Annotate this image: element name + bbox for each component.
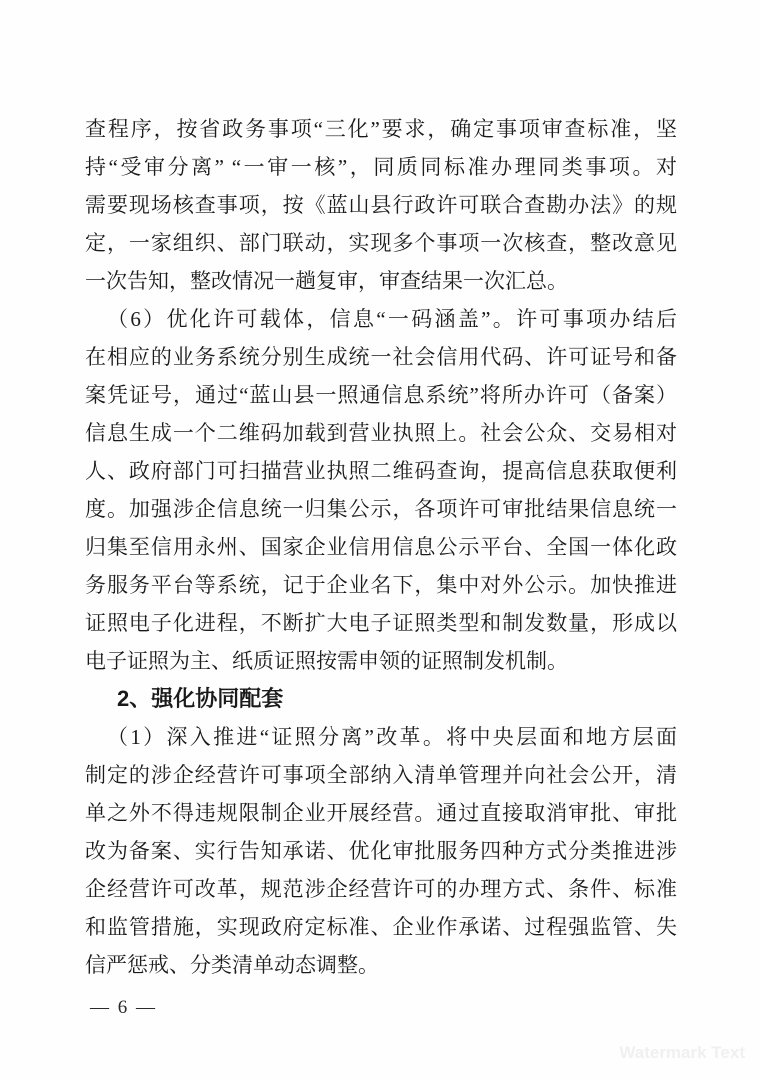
text-line: 持“受审分离” “一审一核”，同质同标准办理同类事项。对 bbox=[85, 148, 677, 186]
watermark: Watermark Text bbox=[619, 1043, 745, 1063]
text-line: 查程序，按省政务事项“三化”要求，确定事项审查标准，坚 bbox=[85, 110, 677, 148]
text-block: 查程序，按省政务事项“三化”要求，确定事项审查标准，坚持“受审分离” “一审一核… bbox=[85, 110, 677, 984]
text-line: 证照电子化进程，不断扩大电子证照类型和制发数量，形成以 bbox=[85, 604, 677, 642]
text-line: 案凭证号，通过“蓝山县一照通信息系统”将所办许可（备案） bbox=[85, 376, 677, 414]
text-line: 企经营许可改革，规范涉企经营许可的办理方式、条件、标准 bbox=[85, 870, 677, 908]
text-line: 信严惩戒、分类清单动态调整。 bbox=[85, 946, 677, 984]
text-line: 度。加强涉企信息统一归集公示，各项许可审批结果信息统一 bbox=[85, 490, 677, 528]
text-line: 一次告知，整改情况一趟复审，审查结果一次汇总。 bbox=[85, 262, 677, 300]
text-line: （6）优化许可载体，信息“一码涵盖”。许可事项办结后 bbox=[85, 300, 677, 338]
text-line: 和监管措施，实现政府定标准、企业作承诺、过程强监管、失 bbox=[85, 908, 677, 946]
text-line: 定，一家组织、部门联动，实现多个事项一次核查，整改意见 bbox=[85, 224, 677, 262]
section-heading: 2、强化协同配套 bbox=[85, 680, 677, 718]
text-line: 人、政府部门可扫描营业执照二维码查询，提高信息获取便利 bbox=[85, 452, 677, 490]
page-number: — 6 — bbox=[90, 997, 157, 1019]
text-line: 在相应的业务系统分别生成统一社会信用代码、许可证号和备 bbox=[85, 338, 677, 376]
text-line: 单之外不得违规限制企业开展经营。通过直接取消审批、审批 bbox=[85, 794, 677, 832]
text-line: 制定的涉企经营许可事项全部纳入清单管理并向社会公开，清 bbox=[85, 756, 677, 794]
text-line: （1）深入推进“证照分离”改革。将中央层面和地方层面 bbox=[85, 718, 677, 756]
text-line: 改为备案、实行告知承诺、优化审批服务四种方式分类推进涉 bbox=[85, 832, 677, 870]
text-line: 需要现场核查事项，按《蓝山县行政许可联合查勘办法》的规 bbox=[85, 186, 677, 224]
text-line: 电子证照为主、纸质证照按需申领的证照制发机制。 bbox=[85, 642, 677, 680]
text-line: 信息生成一个二维码加载到营业执照上。社会公众、交易相对 bbox=[85, 414, 677, 452]
text-line: 归集至信用永州、国家企业信用信息公示平台、全国一体化政 bbox=[85, 528, 677, 566]
text-line: 务服务平台等系统，记于企业名下，集中对外公示。加快推进 bbox=[85, 566, 677, 604]
document-page: 查程序，按省政务事项“三化”要求，确定事项审查标准，坚持“受审分离” “一审一核… bbox=[0, 0, 760, 1080]
